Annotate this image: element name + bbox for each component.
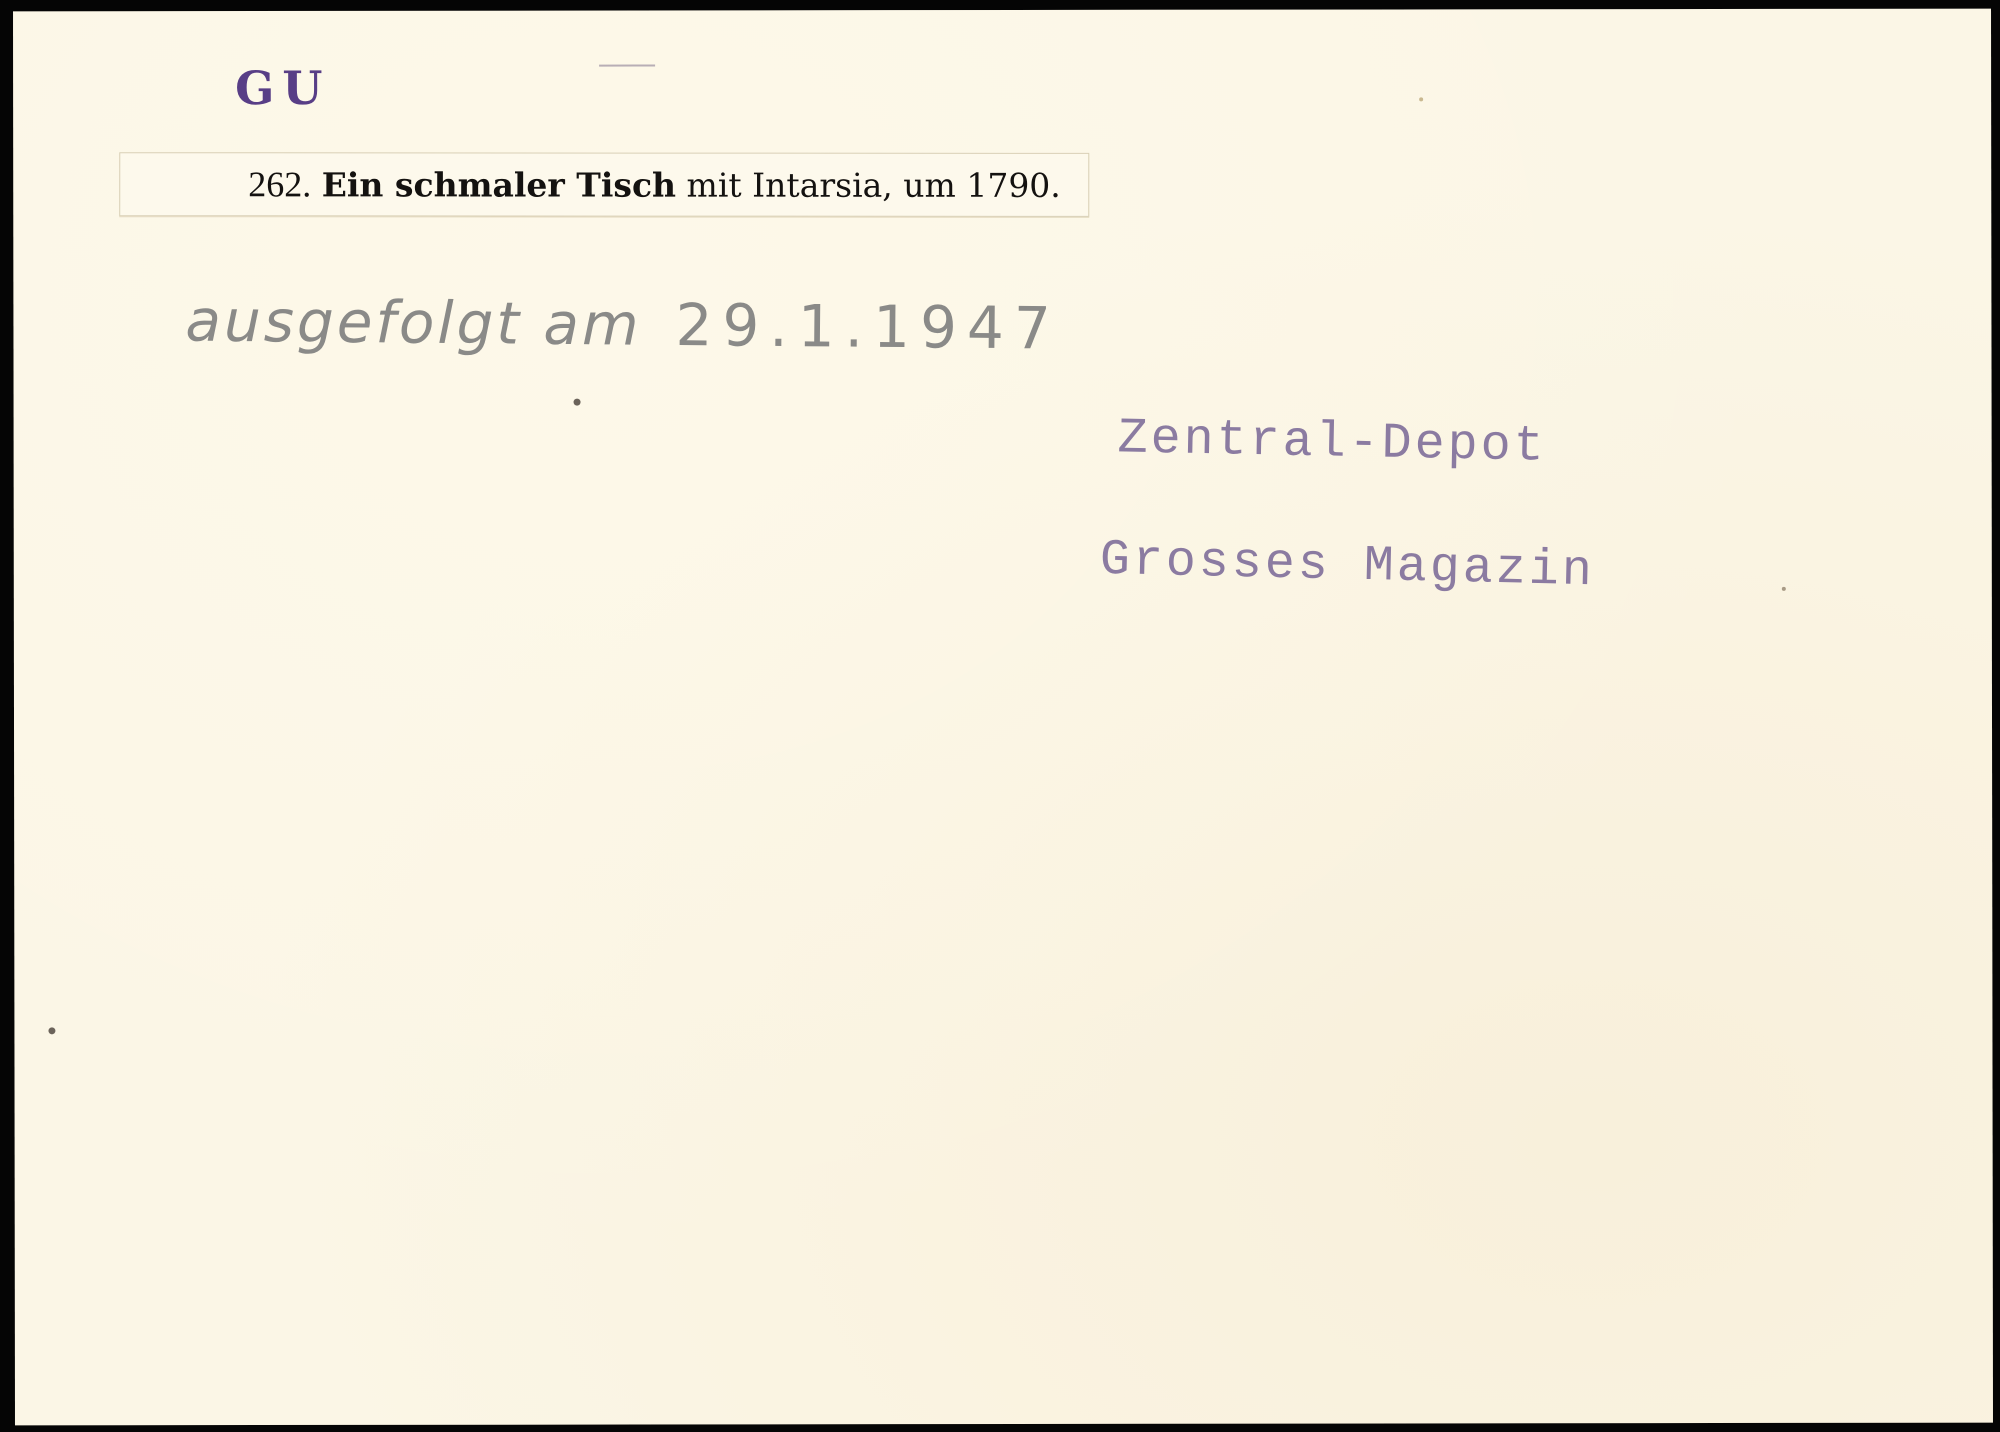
ink-dash-mark (599, 64, 655, 66)
typed-stamp-grosses-magazin: Grosses Magazin (1099, 532, 1595, 600)
catalog-label-text: 262. Ein schmaler Tisch mit Intarsia, um… (248, 163, 1061, 206)
paper-speck (574, 399, 581, 406)
catalog-title-bold: Ein schmaler Tisch (322, 165, 676, 204)
catalog-label-strip: 262. Ein schmaler Tisch mit Intarsia, um… (119, 152, 1089, 217)
catalog-title-rest: mit Intarsia, um 1790. (676, 166, 1061, 205)
paper-speck (1419, 97, 1423, 101)
handwritten-note: ausgefolgt am29.1.1947 (185, 287, 1061, 363)
archive-card: GU 262. Ein schmaler Tisch mit Intarsia,… (13, 9, 1993, 1426)
paper-speck (48, 1027, 55, 1034)
typed-stamp-zentral-depot: Zentral-Depot (1117, 410, 1547, 475)
paper-speck (1782, 587, 1786, 591)
catalog-number: 262. (248, 164, 311, 204)
handwritten-note-text: ausgefolgt am (185, 287, 642, 359)
gu-stamp: GU (235, 61, 330, 115)
handwritten-date: 29.1.1947 (675, 291, 1061, 362)
